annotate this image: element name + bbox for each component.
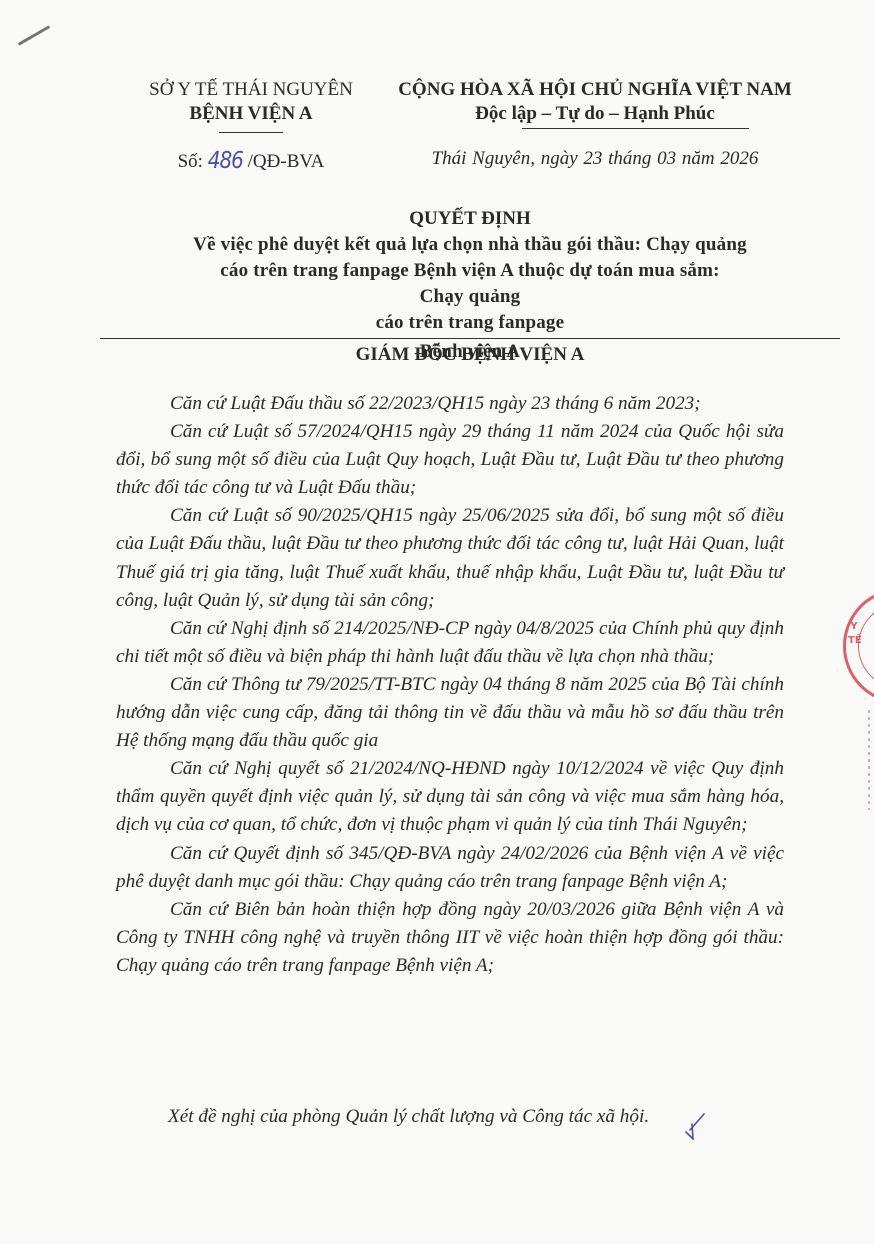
issuing-authority: GIÁM ĐỐC BỆNH VIỆN A [100,344,840,366]
stamp-bleed [868,710,870,810]
motto-underline [522,128,749,129]
stamp-text: Y TẾ [848,620,860,648]
agency-underline [219,132,283,133]
proposal-line: Xét đề nghị của phòng Quản lý chất lượng… [168,1106,768,1128]
handwritten-number: 486 [208,146,243,174]
legal-basis-item: Căn cứ Luật Đấu thầu số 22/2023/QH15 ngà… [116,390,784,418]
legal-basis-item: Căn cứ Biên bản hoàn thiện hợp đồng ngày… [116,896,784,980]
national-heading-block: CỘNG HÒA XÃ HỘI CHỦ NGHĨA VIỆT NAM Độc l… [380,78,810,126]
pen-mark [18,25,51,46]
parent-agency: SỞ Y TẾ THÁI NGUYÊN [128,78,374,102]
legal-basis-item: Căn cứ Thông tư 79/2025/TT-BTC ngày 04 t… [116,671,784,755]
legal-bases: Căn cứ Luật Đấu thầu số 22/2023/QH15 ngà… [116,390,784,980]
legal-basis-item: Căn cứ Quyết định số 345/QĐ-BVA ngày 24/… [116,840,784,896]
national-motto: Độc lập – Tự do – Hạnh Phúc [475,102,715,126]
document-number: Số: 486 /QĐ-BVA [128,148,374,173]
document-page: SỞ Y TẾ THÁI NGUYÊN BỆNH VIỆN A CỘNG HÒA… [0,0,874,1244]
initial-tick-icon [684,1112,706,1140]
place-and-date: Thái Nguyên, ngày 23 tháng 03 năm 2026 [380,148,810,170]
legal-basis-item: Căn cứ Luật số 57/2024/QH15 ngày 29 thán… [116,418,784,502]
country-name: CỘNG HÒA XÃ HỘI CHỦ NGHĨA VIỆT NAM [380,78,810,102]
legal-basis-item: Căn cứ Luật số 90/2025/QH15 ngày 25/06/2… [116,502,784,614]
issuing-agency-block: SỞ Y TẾ THÁI NGUYÊN BỆNH VIỆN A [128,78,374,133]
decision-heading: QUYẾT ĐỊNH [100,206,840,232]
legal-basis-item: Căn cứ Nghị quyết số 21/2024/NQ-HĐND ngà… [116,755,784,839]
legal-basis-item: Căn cứ Nghị định số 214/2025/NĐ-CP ngày … [116,615,784,671]
decision-title: QUYẾT ĐỊNH Về việc phê duyệt kết quả lựa… [100,206,840,365]
issuing-unit: BỆNH VIỆN A [128,102,374,126]
